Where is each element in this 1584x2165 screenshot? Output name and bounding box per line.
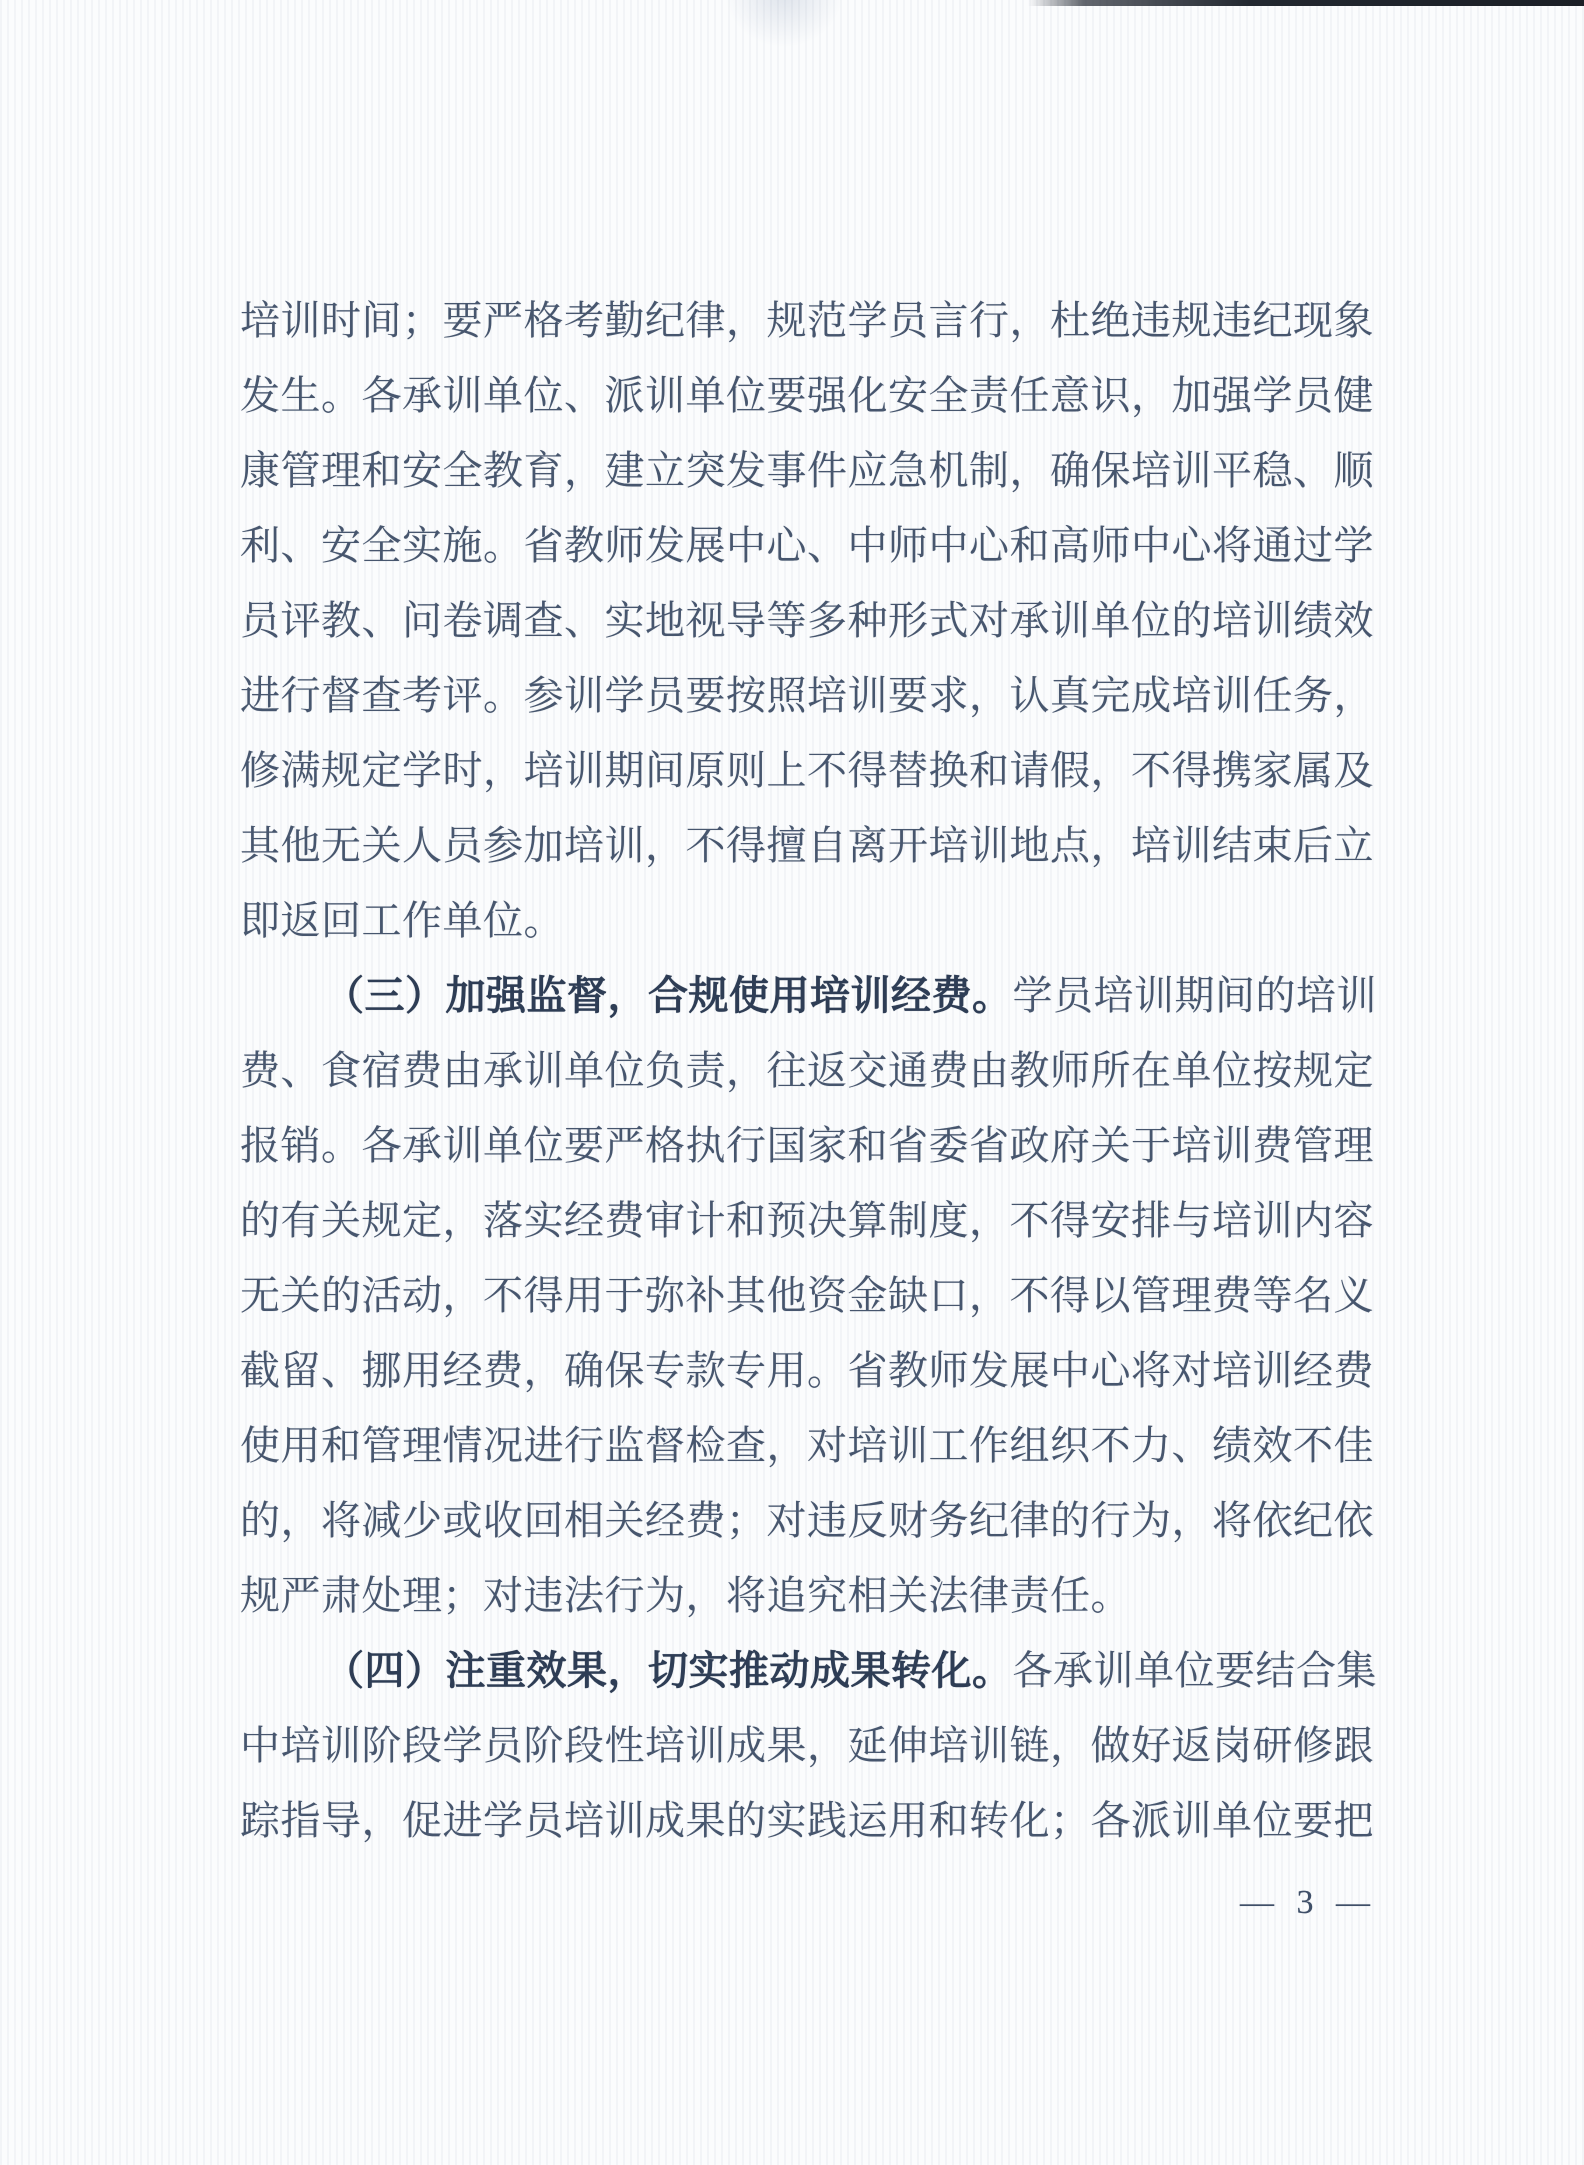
scan-artifact-smudge — [724, 0, 844, 48]
text-line: 发生。各承训单位、派训单位要强化安全责任意识，加强学员健 — [240, 358, 1380, 433]
text-line: 利、安全实施。省教师发展中心、中师中心和高师中心将通过学 — [240, 508, 1380, 583]
text-line: 截留、挪用经费，确保专款专用。省教师发展中心将对培训经费 — [240, 1333, 1380, 1408]
text-line: 无关的活动，不得用于弥补其他资金缺口，不得以管理费等名义 — [240, 1258, 1380, 1333]
text-line: 的有关规定，落实经费审计和预决算制度，不得安排与培训内容 — [240, 1183, 1380, 1258]
text-line: 员评教、问卷调查、实地视导等多种形式对承训单位的培训绩效 — [240, 583, 1380, 658]
scan-artifact-top-edge — [1028, 0, 1584, 6]
text-line: 即返回工作单位。 — [240, 883, 1380, 958]
text-line: 中培训阶段学员阶段性培训成果，延伸培训链，做好返岗研修跟 — [240, 1708, 1380, 1783]
text-line: 培训时间；要严格考勤纪律，规范学员言行，杜绝违规违纪现象 — [240, 283, 1380, 358]
text-line: 使用和管理情况进行监督检查，对培训工作组织不力、绩效不佳 — [240, 1408, 1380, 1483]
document-page: 培训时间；要严格考勤纪律，规范学员言行，杜绝违规违纪现象发生。各承训单位、派训单… — [0, 0, 1584, 2165]
section-heading-line: （三）加强监督，合规使用培训经费。学员培训期间的培训 — [240, 958, 1380, 1033]
page-number: — 3 — — [1240, 1884, 1371, 1922]
text-line: 进行督查考评。参训学员要按照培训要求，认真完成培训任务， — [240, 658, 1380, 733]
section-heading-bold: （四）注重效果，切实推动成果转化。 — [324, 1648, 1013, 1693]
text-line: 的，将减少或收回相关经费；对违反财务纪律的行为，将依纪依 — [240, 1483, 1380, 1558]
section-heading-rest: 各承训单位要结合集 — [1013, 1648, 1378, 1693]
text-line: 踪指导，促进学员培训成果的实践运用和转化；各派训单位要把 — [240, 1783, 1380, 1858]
text-line: 其他无关人员参加培训，不得擅自离开培训地点，培训结束后立 — [240, 808, 1380, 883]
text-line: 修满规定学时，培训期间原则上不得替换和请假，不得携家属及 — [240, 733, 1380, 808]
text-line: 规严肃处理；对违法行为，将追究相关法律责任。 — [240, 1558, 1380, 1633]
section-heading-rest: 学员培训期间的培训 — [1013, 973, 1378, 1018]
text-line: 报销。各承训单位要严格执行国家和省委省政府关于培训费管理 — [240, 1108, 1380, 1183]
section-heading-bold: （三）加强监督，合规使用培训经费。 — [324, 973, 1013, 1018]
section-heading-line: （四）注重效果，切实推动成果转化。各承训单位要结合集 — [240, 1633, 1380, 1708]
text-line: 费、食宿费由承训单位负责，往返交通费由教师所在单位按规定 — [240, 1033, 1380, 1108]
body-text-block: 培训时间；要严格考勤纪律，规范学员言行，杜绝违规违纪现象发生。各承训单位、派训单… — [240, 283, 1380, 1858]
text-line: 康管理和安全教育，建立突发事件应急机制，确保培训平稳、顺 — [240, 433, 1380, 508]
